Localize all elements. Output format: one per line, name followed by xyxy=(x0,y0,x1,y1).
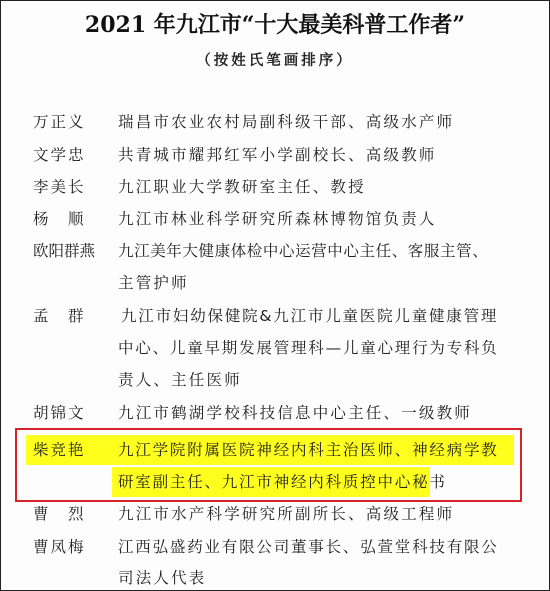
entry-desc: 司法人代表 xyxy=(118,566,207,590)
entry-desc: 责人、主任医师 xyxy=(118,368,242,392)
entry-desc: 九江市林业科学研究所森林博物馆负责人 xyxy=(118,207,437,231)
document-subtitle: （按姓氏笔画排序） xyxy=(0,49,550,70)
list-item-continuation: 司法人代表 xyxy=(0,566,550,590)
entry-desc: 九江学院附属医院神经内科主治医师、神经病学教 xyxy=(118,438,499,462)
entry-name: 文学忠 xyxy=(33,143,86,167)
list-item-continuation: 责人、主任医师 xyxy=(0,368,550,392)
entry-desc: 主管护师 xyxy=(118,271,189,295)
entry-desc: 研室副主任、九江市神经内科质控中心秘书 xyxy=(118,470,447,494)
list-item: 万正义 瑞昌市农业农村局副科级干部、高级水产师 xyxy=(0,110,550,134)
list-item: 杨 顺 九江市林业科学研究所森林博物馆负责人 xyxy=(0,207,550,231)
list-item-continuation: 研室副主任、九江市神经内科质控中心秘书 xyxy=(0,470,550,494)
document-title: 2021 年九江市“十大最美科普工作者” xyxy=(0,8,550,39)
list-item: 胡锦文 九江市鹤湖学校科技信息中心主任、一级教师 xyxy=(0,401,550,425)
entry-name: 欧阳群燕 xyxy=(33,239,95,263)
list-item: 李美长 九江职业大学教研室主任、教授 xyxy=(0,175,550,199)
list-item-highlighted: 柴竞艳 九江学院附属医院神经内科主治医师、神经病学教 xyxy=(0,438,550,462)
entry-name: 曹凤梅 xyxy=(33,535,86,559)
entry-desc: 中心、儿童早期发展管理科—儿童心理行为专科负 xyxy=(118,336,499,360)
entry-name: 万正义 xyxy=(33,110,86,134)
entry-desc: 江西弘盛药业有限公司董事长、弘萱堂科技有限公 xyxy=(118,535,499,559)
entry-desc: 九江市妇幼保健院&九江市儿童医院儿童健康管理 xyxy=(121,304,498,328)
list-item: 曹 烈 九江市水产科学研究所副所长、高级工程师 xyxy=(0,502,550,526)
list-item: 欧阳群燕 九江美年大健康体检中心运营中心主任、客服主管、 xyxy=(0,239,550,263)
entry-name: 胡锦文 xyxy=(33,401,86,425)
list-item: 文学忠 共青城市耀邦红军小学副校长、高级教师 xyxy=(0,143,550,167)
entry-desc: 九江职业大学教研室主任、教授 xyxy=(118,175,366,199)
entry-desc: 共青城市耀邦红军小学副校长、高级教师 xyxy=(118,143,437,167)
entry-name: 曹 烈 xyxy=(33,502,86,526)
list-item-continuation: 主管护师 xyxy=(0,271,550,295)
list-item: 曹凤梅 江西弘盛药业有限公司董事长、弘萱堂科技有限公 xyxy=(0,535,550,559)
entry-name: 孟 群 xyxy=(33,304,86,328)
entry-desc: 瑞昌市农业农村局副科级干部、高级水产师 xyxy=(118,110,454,134)
entry-name: 杨 顺 xyxy=(33,207,86,231)
list-item: 孟 群 九江市妇幼保健院&九江市儿童医院儿童健康管理 xyxy=(0,304,550,328)
entry-desc: 九江市鹤湖学校科技信息中心主任、一级教师 xyxy=(118,401,472,425)
entry-name: 李美长 xyxy=(33,175,86,199)
entry-desc: 九江市水产科学研究所副所长、高级工程师 xyxy=(118,502,454,526)
entry-name: 柴竞艳 xyxy=(33,438,86,462)
list-item-continuation: 中心、儿童早期发展管理科—儿童心理行为专科负 xyxy=(0,336,550,360)
entry-desc: 九江美年大健康体检中心运营中心主任、客服主管、 xyxy=(118,239,488,263)
